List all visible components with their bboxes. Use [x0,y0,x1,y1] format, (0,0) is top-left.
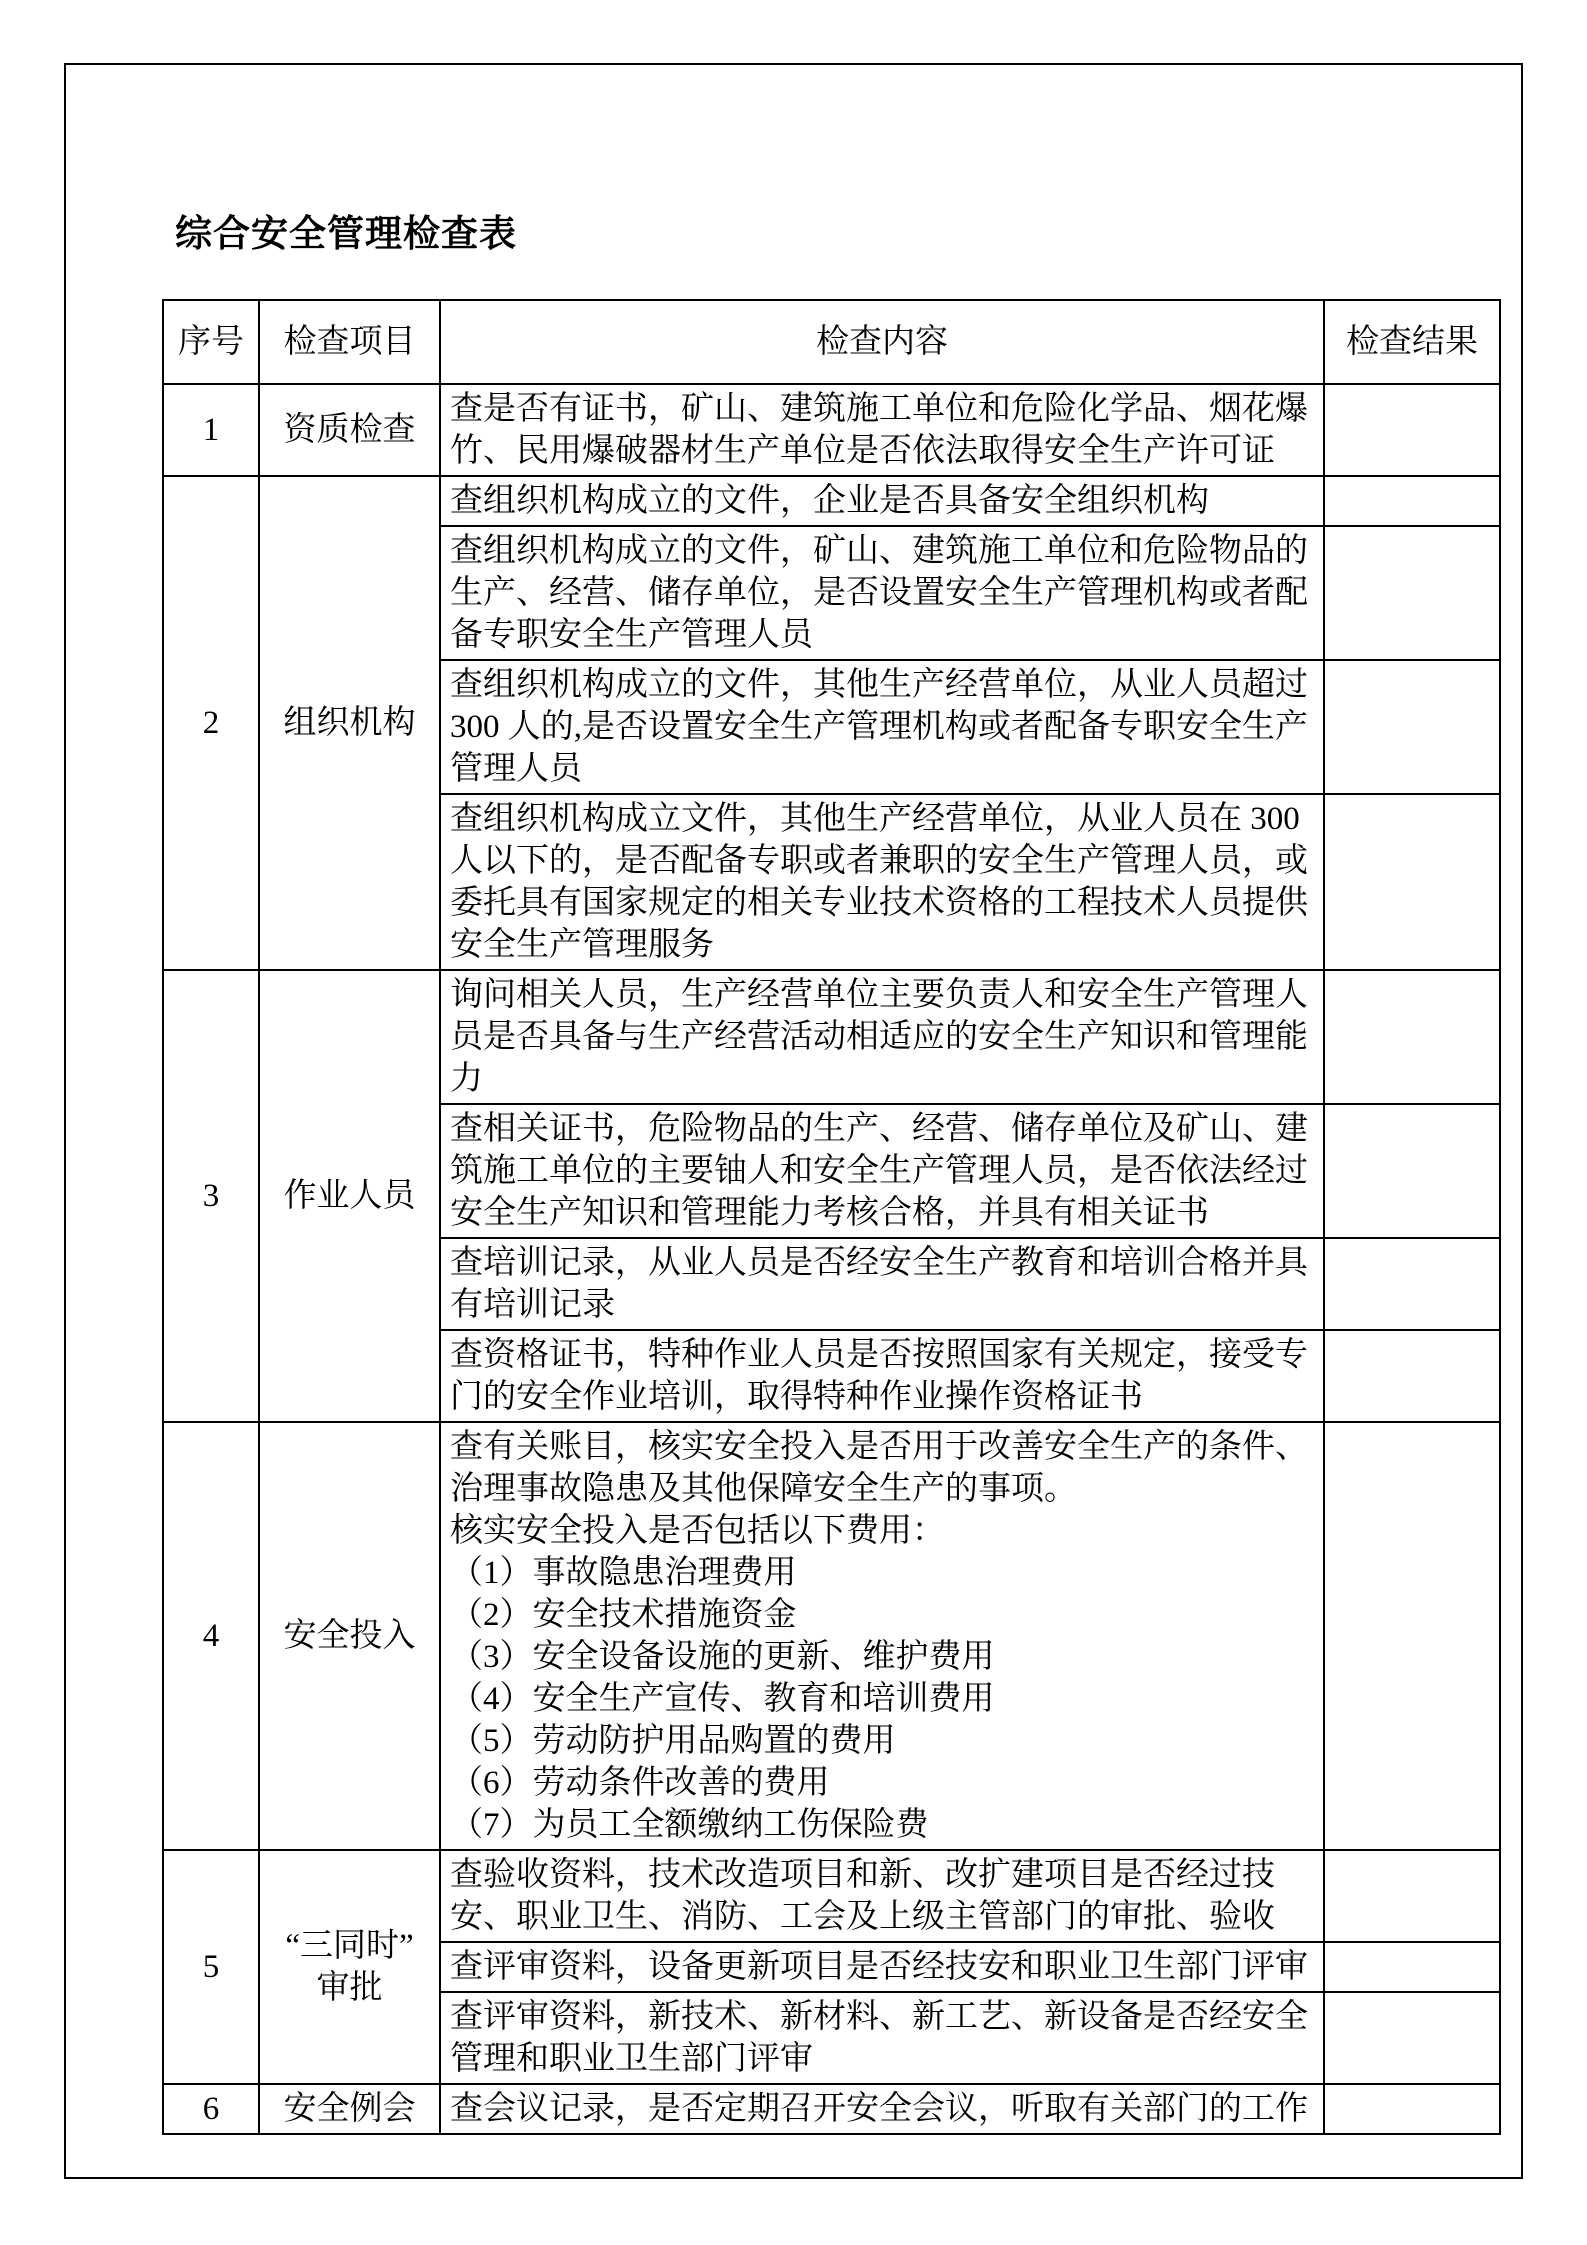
content-cell: 查组织机构成立的文件，企业是否具备安全组织机构 [440,476,1324,526]
header-result: 检查结果 [1324,300,1500,384]
item-cell: 资质检查 [259,384,440,476]
row-number-cell: 5 [163,1850,259,2084]
table-row: 1 资质检查 查是否有证书，矿山、建筑施工单位和危险化学品、烟花爆竹、民用爆破器… [163,384,1500,476]
result-cell [1324,1422,1500,1850]
document-title: 综合安全管理检查表 [175,203,517,257]
content-cell: 查是否有证书，矿山、建筑施工单位和危险化学品、烟花爆竹、民用爆破器材生产单位是否… [440,384,1324,476]
item-cell: 作业人员 [259,970,440,1422]
content-cell: 查相关证书，危险物品的生产、经营、储存单位及矿山、建筑施工单位的主要铀人和安全生… [440,1104,1324,1238]
row-number-cell: 2 [163,476,259,970]
item-cell: “三同时” 审批 [259,1850,440,2084]
content-cell: 询问相关人员，生产经营单位主要负责人和安全生产管理人员是否具备与生产经营活动相适… [440,970,1324,1104]
content-cell: 查验收资料，技术改造项目和新、改扩建项目是否经过技安、职业卫生、消防、工会及上级… [440,1850,1324,1942]
row-number-cell: 1 [163,384,259,476]
table-row: 5 “三同时” 审批 查验收资料，技术改造项目和新、改扩建项目是否经过技安、职业… [163,1850,1500,1942]
header-content: 检查内容 [440,300,1324,384]
header-no: 序号 [163,300,259,384]
header-item: 检查项目 [259,300,440,384]
content-cell: 查会议记录，是否定期召开安全会议，听取有关部门的工作 [440,2084,1324,2134]
content-cell: 查培训记录，从业人员是否经安全生产教育和培训合格并具有培训记录 [440,1238,1324,1330]
result-cell [1324,1104,1500,1238]
inspection-table: 序号 检查项目 检查内容 检查结果 1 资质检查 查是否有证书，矿山、建筑施工单… [162,299,1501,2135]
table-row: 3 作业人员 询问相关人员，生产经营单位主要负责人和安全生产管理人员是否具备与生… [163,970,1500,1104]
row-number-cell: 6 [163,2084,259,2134]
content-cell: 查组织机构成立的文件，其他生产经营单位，从业人员超过 300 人的,是否设置安全… [440,660,1324,794]
table-row: 4 安全投入 查有关账目，核实安全投入是否用于改善安全生产的条件、治理事故隐患及… [163,1422,1500,1850]
result-cell [1324,1850,1500,1942]
result-cell [1324,970,1500,1104]
content-cell: 查评审资料，设备更新项目是否经技安和职业卫生部门评审 [440,1942,1324,1992]
table-row: 6 安全例会 查会议记录，是否定期召开安全会议，听取有关部门的工作 [163,2084,1500,2134]
result-cell [1324,660,1500,794]
content-cell: 查评审资料，新技术、新材料、新工艺、新设备是否经安全管理和职业卫生部门评审 [440,1992,1324,2084]
table-row: 2 组织机构 查组织机构成立的文件，企业是否具备安全组织机构 [163,476,1500,526]
content-cell: 查有关账目，核实安全投入是否用于改善安全生产的条件、治理事故隐患及其他保障安全生… [440,1422,1324,1850]
result-cell [1324,794,1500,970]
result-cell [1324,476,1500,526]
result-cell [1324,526,1500,660]
content-cell: 查资格证书，特种作业人员是否按照国家有关规定，接受专门的安全作业培训，取得特种作… [440,1330,1324,1422]
row-number-cell: 4 [163,1422,259,1850]
item-cell: 安全例会 [259,2084,440,2134]
row-number-cell: 3 [163,970,259,1422]
item-cell: 安全投入 [259,1422,440,1850]
table-header-row: 序号 检查项目 检查内容 检查结果 [163,300,1500,384]
content-cell: 查组织机构成立文件，其他生产经营单位，从业人员在 300 人以下的，是否配备专职… [440,794,1324,970]
result-cell [1324,384,1500,476]
content-cell: 查组织机构成立的文件，矿山、建筑施工单位和危险物品的生产、经营、储存单位，是否设… [440,526,1324,660]
result-cell [1324,1992,1500,2084]
item-cell: 组织机构 [259,476,440,970]
result-cell [1324,1330,1500,1422]
result-cell [1324,1238,1500,1330]
result-cell [1324,1942,1500,1992]
result-cell [1324,2084,1500,2134]
